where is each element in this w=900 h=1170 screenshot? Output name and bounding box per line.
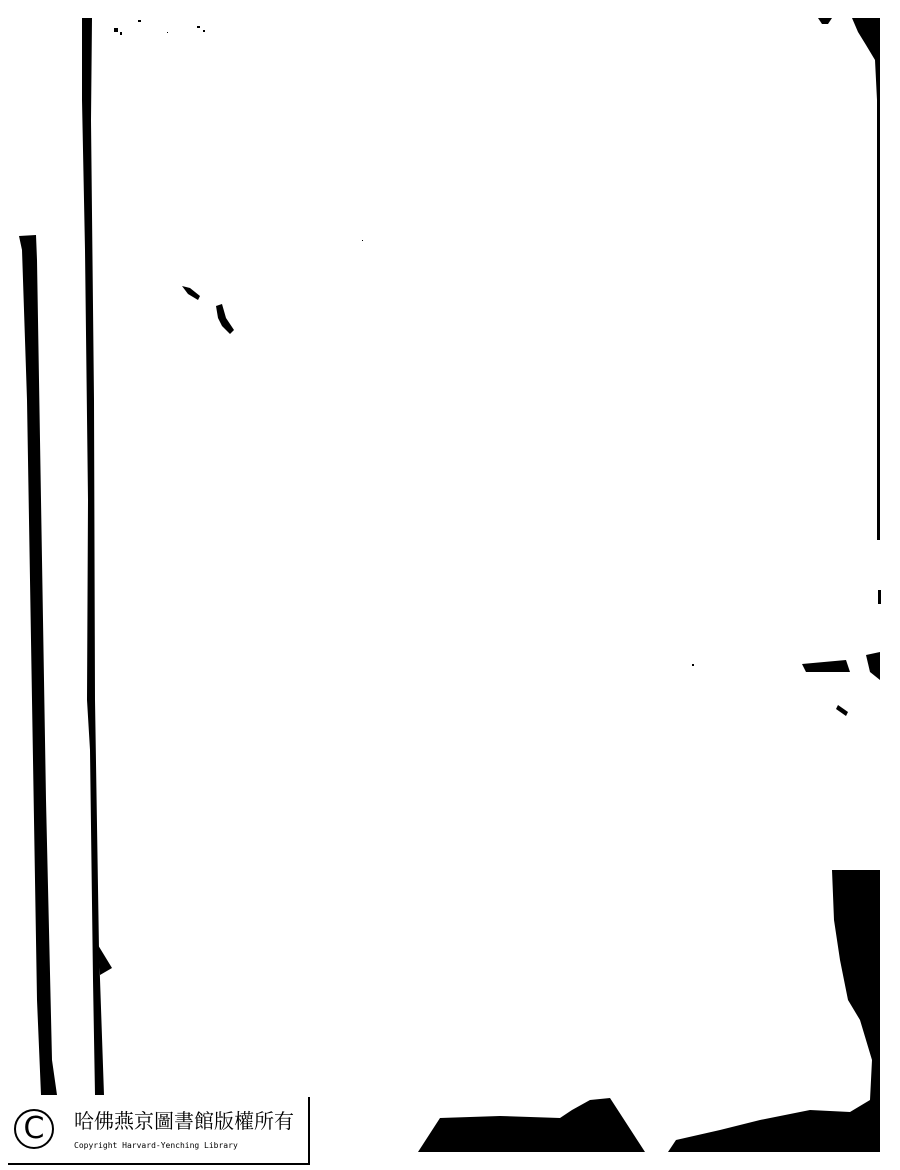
fold-line [82,18,104,1095]
copyright-symbol-icon: C [14,1109,54,1149]
right-edge-notch [818,18,832,24]
right-edge-top [852,18,880,200]
right-edge-line [877,40,880,540]
copyright-chinese-text: 哈佛燕京圖書館版權所有 [74,1105,294,1134]
bottom-right-shadow [668,870,880,1152]
left-binding-strip [19,235,57,1095]
bottom-left-mound [418,1098,645,1152]
stain-marks [182,240,363,334]
copyright-stamp: C 哈佛燕京圖書館版權所有 Copyright Harvard-Yenching… [8,1097,310,1165]
scanned-page: C 哈佛燕京圖書館版權所有 Copyright Harvard-Yenching… [0,0,900,1170]
top-specks [114,20,205,35]
fold-tick [98,945,112,975]
right-mid-marks [692,590,881,716]
scan-artifacts [0,0,900,1170]
copyright-english-text: Copyright Harvard-Yenching Library [74,1141,238,1150]
